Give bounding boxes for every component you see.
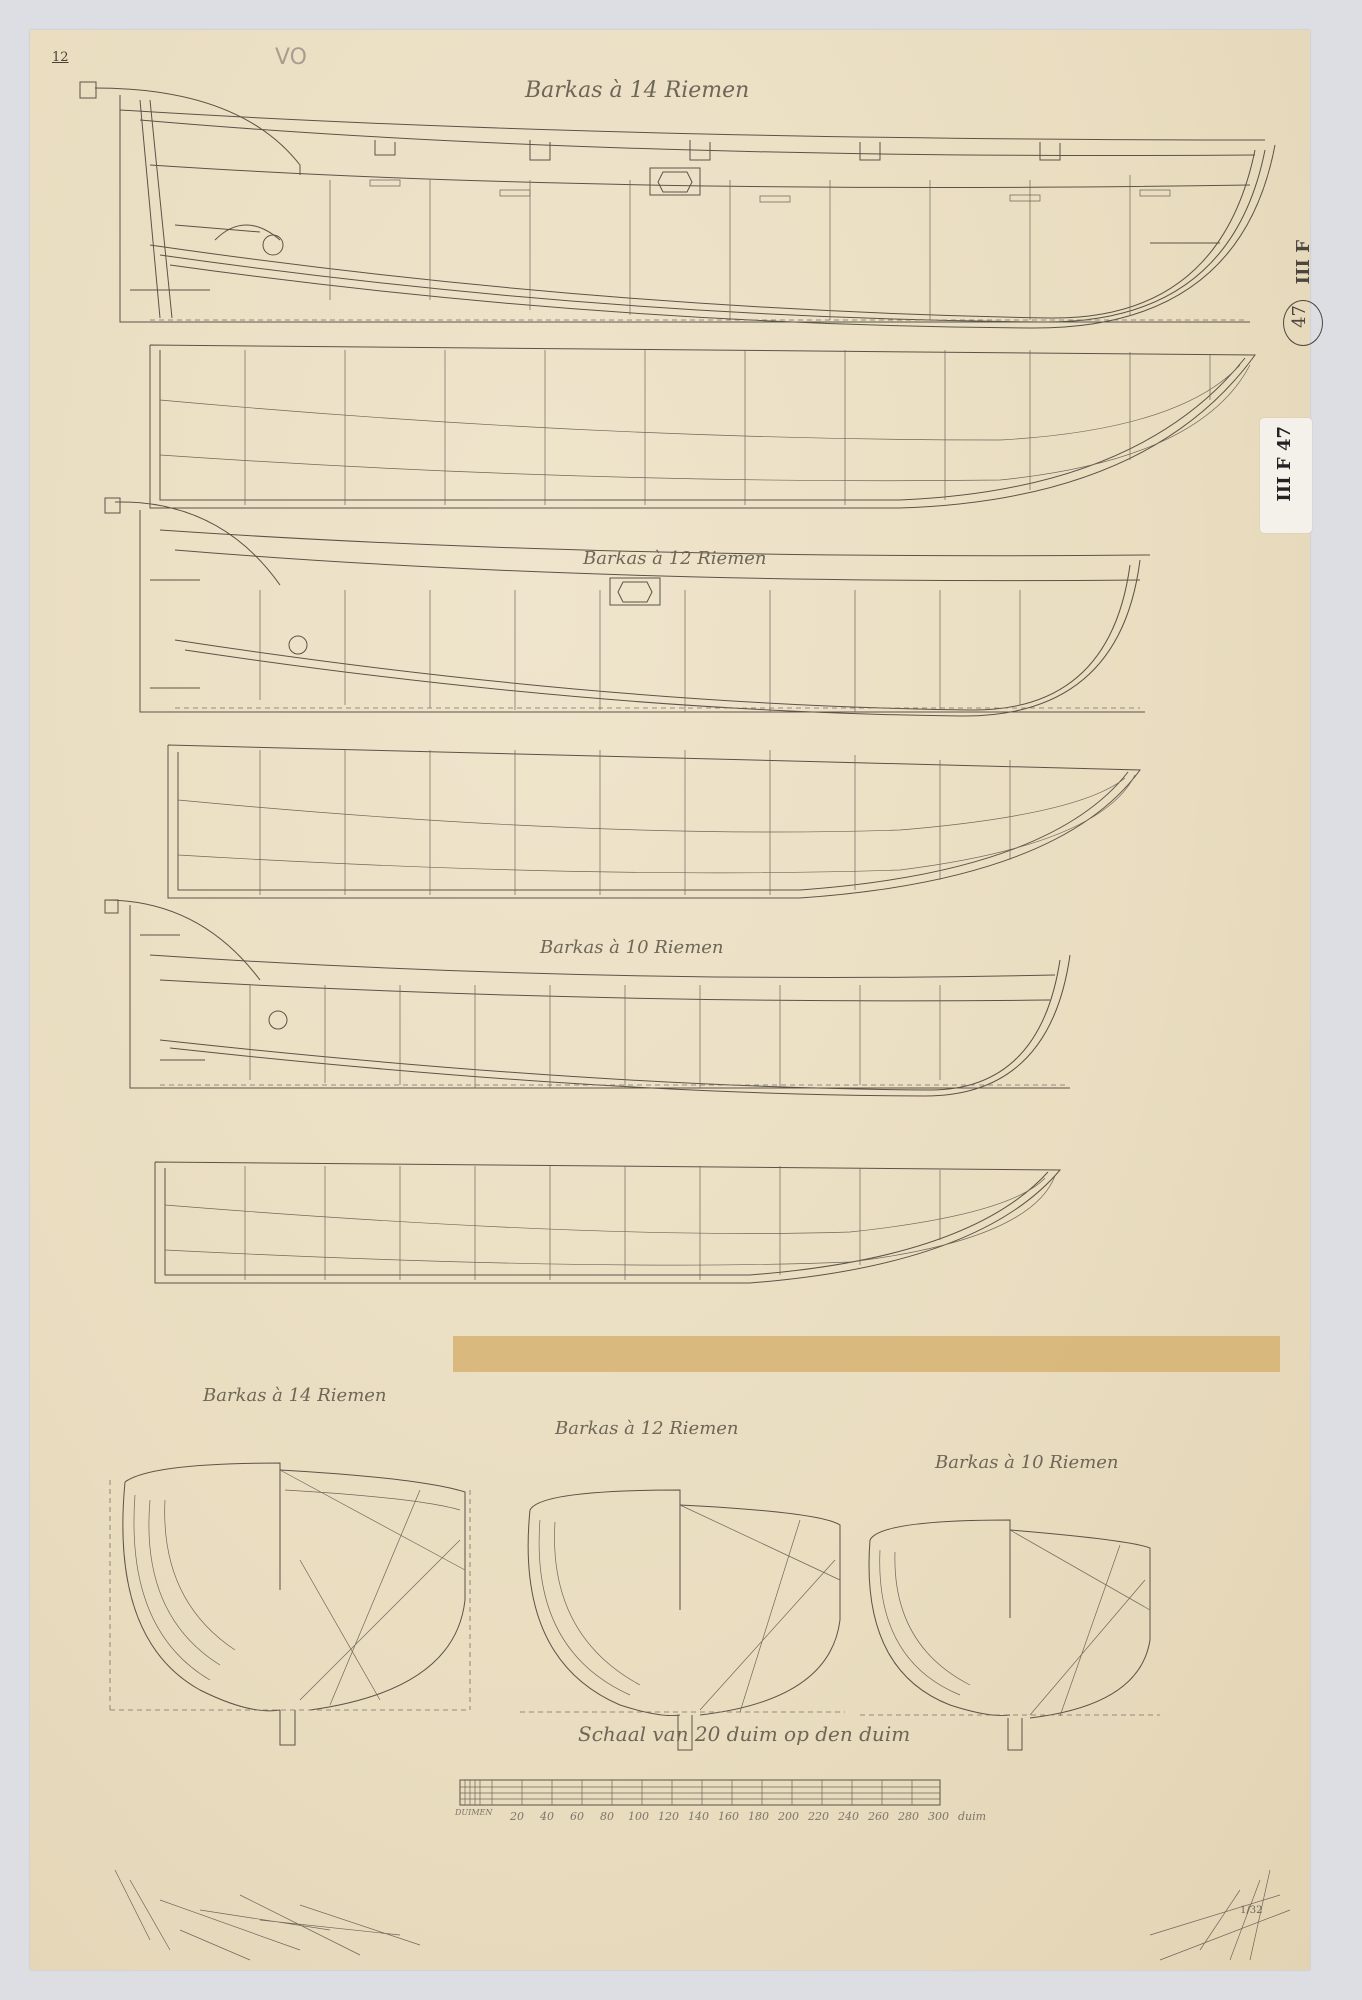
sheet-number: 12 <box>52 50 69 65</box>
archive-label-sticker: III F 47 <box>1260 418 1312 533</box>
archive-roman-code: III F <box>1293 240 1314 284</box>
scale-bar <box>460 1780 940 1805</box>
plan-view-12-riemen <box>168 745 1140 898</box>
scale-tick: 160 <box>718 1810 739 1823</box>
plan-view-14-riemen <box>150 345 1255 508</box>
corner-note: 1/32 <box>1240 1905 1262 1916</box>
scale-tick: 120 <box>658 1810 679 1823</box>
body-plan-10-riemen <box>860 1520 1160 1750</box>
adhesive-tape-strip <box>453 1336 1280 1372</box>
scale-title: Schaal van 20 duim op den duim <box>578 1722 910 1746</box>
scale-tick: 80 <box>600 1810 614 1823</box>
plan-view-10-riemen <box>155 1162 1060 1283</box>
archive-circled-number: 47 <box>1289 305 1310 328</box>
scale-tick: 40 <box>540 1810 554 1823</box>
scale-unit: duim <box>958 1810 986 1823</box>
body-plan-title-12-riemen: Barkas à 12 Riemen <box>555 1418 739 1439</box>
scale-tick: 280 <box>898 1810 919 1823</box>
body-plan-12-riemen <box>520 1490 845 1750</box>
scale-tick: 200 <box>778 1810 799 1823</box>
scale-start-label: DUIMEN <box>455 1808 492 1817</box>
profile-10-riemen <box>105 900 1070 1096</box>
scale-tick: 300 <box>928 1810 949 1823</box>
body-plan-title-14-riemen: Barkas à 14 Riemen <box>203 1385 387 1406</box>
scale-tick: 260 <box>868 1810 889 1823</box>
archive-label-text: III F 47 <box>1274 426 1295 502</box>
scale-tick: 240 <box>838 1810 859 1823</box>
scale-tick: 60 <box>570 1810 584 1823</box>
profile-title-14-riemen: Barkas à 14 Riemen <box>525 78 749 103</box>
body-plan-title-10-riemen: Barkas à 10 Riemen <box>935 1452 1119 1473</box>
ship-plan-drawing <box>0 0 1362 2000</box>
scribble-marks <box>115 1870 1290 1960</box>
profile-title-12-riemen: Barkas à 12 Riemen <box>583 548 767 569</box>
archive-mark: III F 47 <box>1283 240 1323 350</box>
scale-tick: 20 <box>510 1810 524 1823</box>
pencil-mark: VO <box>275 45 307 70</box>
profile-title-10-riemen: Barkas à 10 Riemen <box>540 937 724 958</box>
profile-12-riemen <box>105 498 1150 716</box>
scale-tick: 100 <box>628 1810 649 1823</box>
scale-tick: 140 <box>688 1810 709 1823</box>
scale-tick: 180 <box>748 1810 769 1823</box>
profile-14-riemen <box>80 82 1275 328</box>
scale-tick: 220 <box>808 1810 829 1823</box>
body-plan-14-riemen <box>110 1463 470 1745</box>
